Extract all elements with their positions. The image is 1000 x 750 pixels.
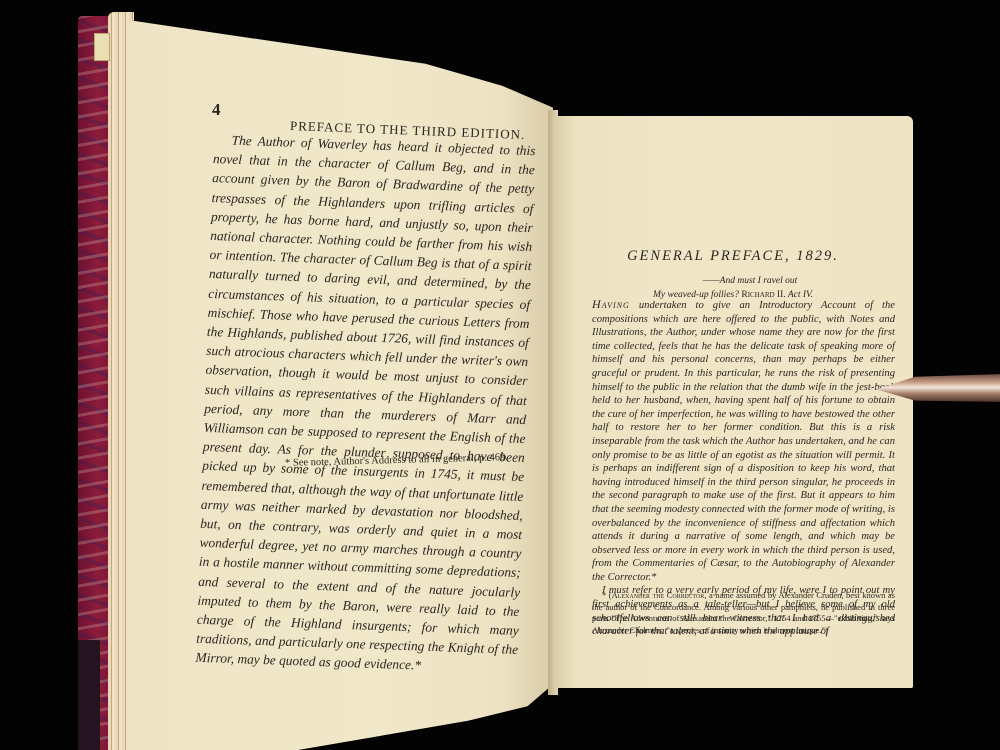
right-page-footnote: * (Alexander the Corrector, a name assum…: [592, 590, 895, 636]
right-page-body: Having undertaken to give an Introductor…: [592, 298, 895, 639]
left-page-body: The Author of Waverley has heard it obje…: [195, 130, 536, 679]
chapter-title: GENERAL PREFACE, 1829.: [553, 248, 913, 265]
cover-leather-corner: [78, 640, 100, 750]
paragraph-1-text: undertaken to give an Introductory Accou…: [592, 300, 895, 583]
right-paragraph-1: Having undertaken to give an Introductor…: [592, 298, 895, 584]
photo-scene: 4 PREFACE TO THE THIRD EDITION. The Auth…: [0, 0, 1000, 750]
bookmark-tab: [94, 33, 110, 61]
footnote-smallcaps: Alexander the Corrector: [612, 590, 705, 600]
footnote-marker: * (: [602, 590, 612, 600]
left-body-paragraph: The Author of Waverley has heard it obje…: [195, 130, 536, 679]
epigraph-line-1: ——And must I ravel out: [600, 276, 900, 286]
page-number: 4: [212, 100, 221, 120]
dropcap-word: Having: [592, 297, 630, 311]
